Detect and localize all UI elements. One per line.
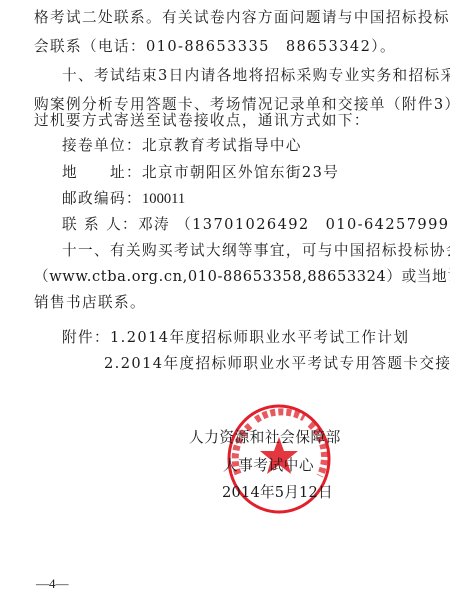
paragraph-line: 过机要方式寄送至试卷接收点，通讯方式如下：	[34, 112, 370, 130]
signature-center: 人事考试中心	[223, 457, 314, 475]
paragraph-line: 十、考试结束3日内请各地将招标采购专业实务和招标采	[62, 67, 450, 85]
attachments-label: 附件：	[62, 329, 110, 346]
address-row: 地 址：北京市朝阳区外馆东街23号	[62, 164, 339, 182]
paragraph-line: 销售书店联系。	[34, 294, 146, 312]
postcode-row: 邮政编码：100011	[62, 190, 185, 208]
page-number: —4—	[36, 576, 69, 592]
paragraph-line: （www.ctba.org.cn,010-88653358,88653324）或…	[34, 268, 450, 286]
postcode-label: 邮政编码：	[62, 190, 142, 207]
attachment-item: 2.2014年度招标师职业水平考试专用答题卡交接单	[104, 355, 450, 373]
contact-person-label: 联 系 人：	[62, 216, 138, 233]
paragraph-line: 十一、有关购买考试大纲等事宜，可与中国招标投标协会	[62, 242, 450, 260]
recipient-label: 接卷单位：	[62, 137, 142, 154]
attachment-row: 附件：1.2014年度招标师职业水平考试工作计划	[62, 329, 409, 347]
recipient-value: 北京教育考试指导中心	[142, 137, 302, 154]
attachment-item: 1.2014年度招标师职业水平考试工作计划	[110, 329, 409, 346]
address-label: 地 址：	[62, 164, 142, 181]
contact-person-value: 邓涛 （13701026492 010-64257999）	[138, 216, 450, 233]
paragraph-line: 会联系（电话：010-88653335 88653342）。	[34, 38, 396, 56]
contact-person-row: 联 系 人：邓涛 （13701026492 010-64257999）	[62, 216, 450, 234]
paragraph-line: 格考试二处联系。有关试卷内容方面问题请与中国招标投标协	[34, 9, 450, 27]
postcode-value: 100011	[142, 191, 185, 207]
recipient-row: 接卷单位：北京教育考试指导中心	[62, 137, 302, 155]
signature-org: 人力资源和社会保障部	[189, 429, 341, 447]
address-value: 北京市朝阳区外馆东街23号	[142, 164, 339, 181]
signature-date: 2014年5月12日	[222, 484, 333, 502]
